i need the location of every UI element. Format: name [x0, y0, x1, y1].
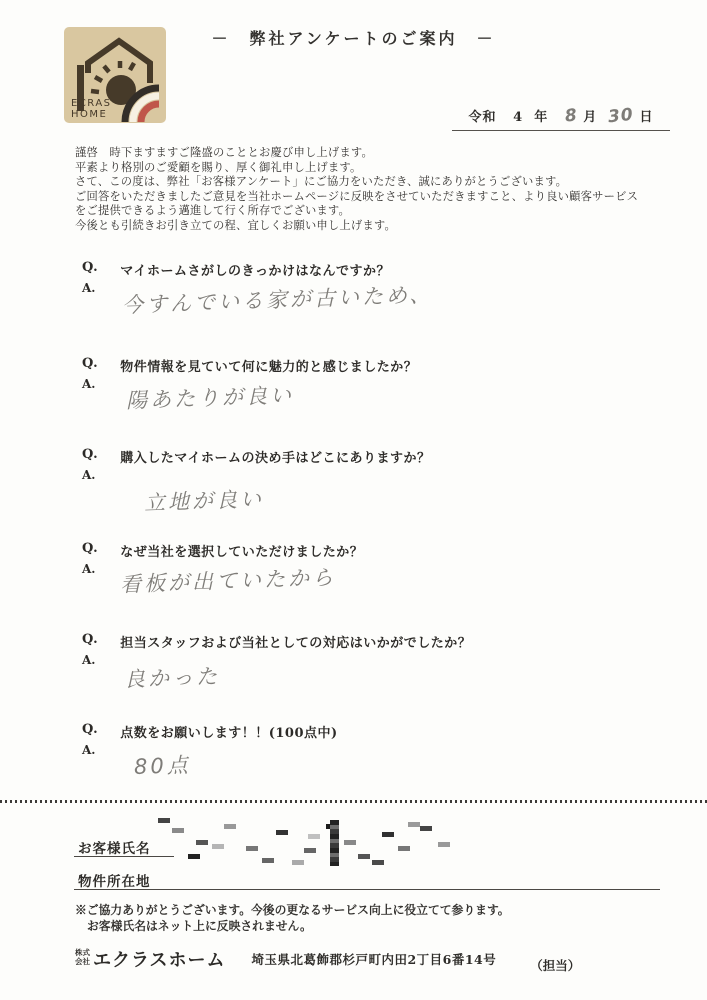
question-text: 物件情報を見ていて何に魅力的と感じましたか？ — [120, 356, 417, 375]
date-day-handwritten: 30 — [607, 105, 635, 128]
greeting-line: ご回答をいただきましたご意見を当社ホームページに反映をさせていただきますこと、よ… — [75, 190, 690, 205]
company-name: エクラスホーム — [93, 946, 225, 972]
greeting-line: をご提供できるよう邁進して行く所存でございます。 — [75, 204, 690, 219]
handwritten-answer: 陽あたりが良い — [126, 379, 295, 415]
property-location-underline — [74, 889, 660, 890]
qa-item-4: Q. なぜ当社を選択していただけましたか？ A. 看板が出ていたから — [82, 541, 682, 625]
question-label: Q. — [82, 541, 98, 560]
qa-item-5: Q. 担当スタッフおよび当社としての対応はいかがでしたか？ A. 良かった — [82, 632, 682, 716]
redaction-pixels — [158, 818, 170, 823]
question-label: Q. — [82, 260, 98, 279]
question-text: マイホームさがしのきっかけはなんですか？ — [120, 260, 390, 279]
greeting-line: 平素より格別のご愛顧を賜り、厚く御礼申し上げます。 — [75, 161, 690, 176]
handwritten-answer: 良かった — [124, 660, 221, 693]
closing-note-line: お客様氏名はネット上に反映されません。 — [75, 918, 510, 934]
staff-label: （担当） — [530, 956, 580, 974]
date-era: 令和 — [469, 110, 497, 125]
qa-item-3: Q. 購入したマイホームの決め手はどこにありますか？ A. 立地が良い — [82, 447, 682, 531]
greeting-line: 今後とも引続きお引き立ての程、宜しくお願い申し上げます。 — [75, 219, 690, 234]
greeting-line: さて、この度は、弊社「お客様アンケート」にご協力をいただき、誠にありがとうござい… — [75, 175, 690, 190]
dotted-separator — [0, 800, 707, 803]
qa-item-2: Q. 物件情報を見ていて何に魅力的と感じましたか？ A. 陽あたりが良い — [82, 356, 682, 440]
customer-name-redacted — [158, 818, 458, 870]
question-label: Q. — [82, 356, 98, 375]
question-label: Q. — [82, 632, 98, 651]
greeting-paragraph: 謹啓 時下ますますご隆盛のこととお慶び申し上げます。 平素より格別のご愛顧を賜り… — [75, 146, 690, 234]
handwritten-answer: 80点 — [133, 749, 191, 781]
question-text: 購入したマイホームの決め手はどこにありますか？ — [120, 447, 430, 466]
handwritten-answer: 立地が良い — [144, 483, 265, 517]
question-text: 担当スタッフおよび当社としての対応はいかがでしたか？ — [120, 632, 471, 651]
page-title: － 弊社アンケートのご案内 － — [0, 26, 707, 49]
date-year: 4 — [513, 110, 523, 125]
scanned-survey-document: ECRAS HOME － 弊社アンケートのご案内 － 令和 4 年 8 月 30… — [0, 0, 707, 1000]
property-location-label: 物件所在地 — [78, 870, 151, 890]
redaction-pixel-bar — [330, 820, 339, 866]
closing-note-line: ※ご協力ありがとうございます。今後の更なるサービス向上に役立てて参ります。 — [75, 902, 510, 918]
handwritten-answer: 看板が出ていたから — [120, 561, 337, 599]
logo-brand-bottom: HOME — [71, 109, 107, 120]
question-text: 点数をお願いします！！(100点中) — [120, 722, 337, 741]
company-prefix-bottom: 会社 — [75, 958, 90, 967]
answer-label: A. — [82, 468, 682, 482]
date-day-unit: 日 — [639, 110, 653, 125]
greeting-line: 謹啓 時下ますますご隆盛のこととお慶び申し上げます。 — [75, 146, 690, 161]
date-line: 令和 4 年 8 月 30 日 — [452, 106, 670, 131]
qa-item-1: Q. マイホームさがしのきっかけはなんですか？ A. 今すんでいる家が古いため、 — [82, 260, 682, 344]
question-text: なぜ当社を選択していただけましたか？ — [120, 541, 363, 560]
question-label: Q. — [82, 447, 98, 466]
company-footer: 株式 会社 エクラスホーム 埼玉県北葛飾郡杉戸町内田2丁目6番14号 （担当） — [75, 946, 580, 974]
logo-brand-top: ECRAS — [71, 98, 112, 109]
company-address: 埼玉県北葛飾郡杉戸町内田2丁目6番14号 — [251, 950, 496, 968]
question-label: Q. — [82, 722, 98, 741]
qa-item-6: Q. 点数をお願いします！！(100点中) A. 80点 — [82, 722, 682, 806]
date-month-unit: 月 — [583, 110, 597, 125]
customer-name-label: お客様氏名 — [78, 837, 151, 857]
date-year-unit: 年 — [534, 110, 548, 125]
company-prefix: 株式 会社 — [75, 949, 90, 966]
date-month-handwritten: 8 — [564, 105, 579, 126]
closing-notes: ※ご協力ありがとうございます。今後の更なるサービス向上に役立てて参ります。 お客… — [75, 902, 510, 934]
